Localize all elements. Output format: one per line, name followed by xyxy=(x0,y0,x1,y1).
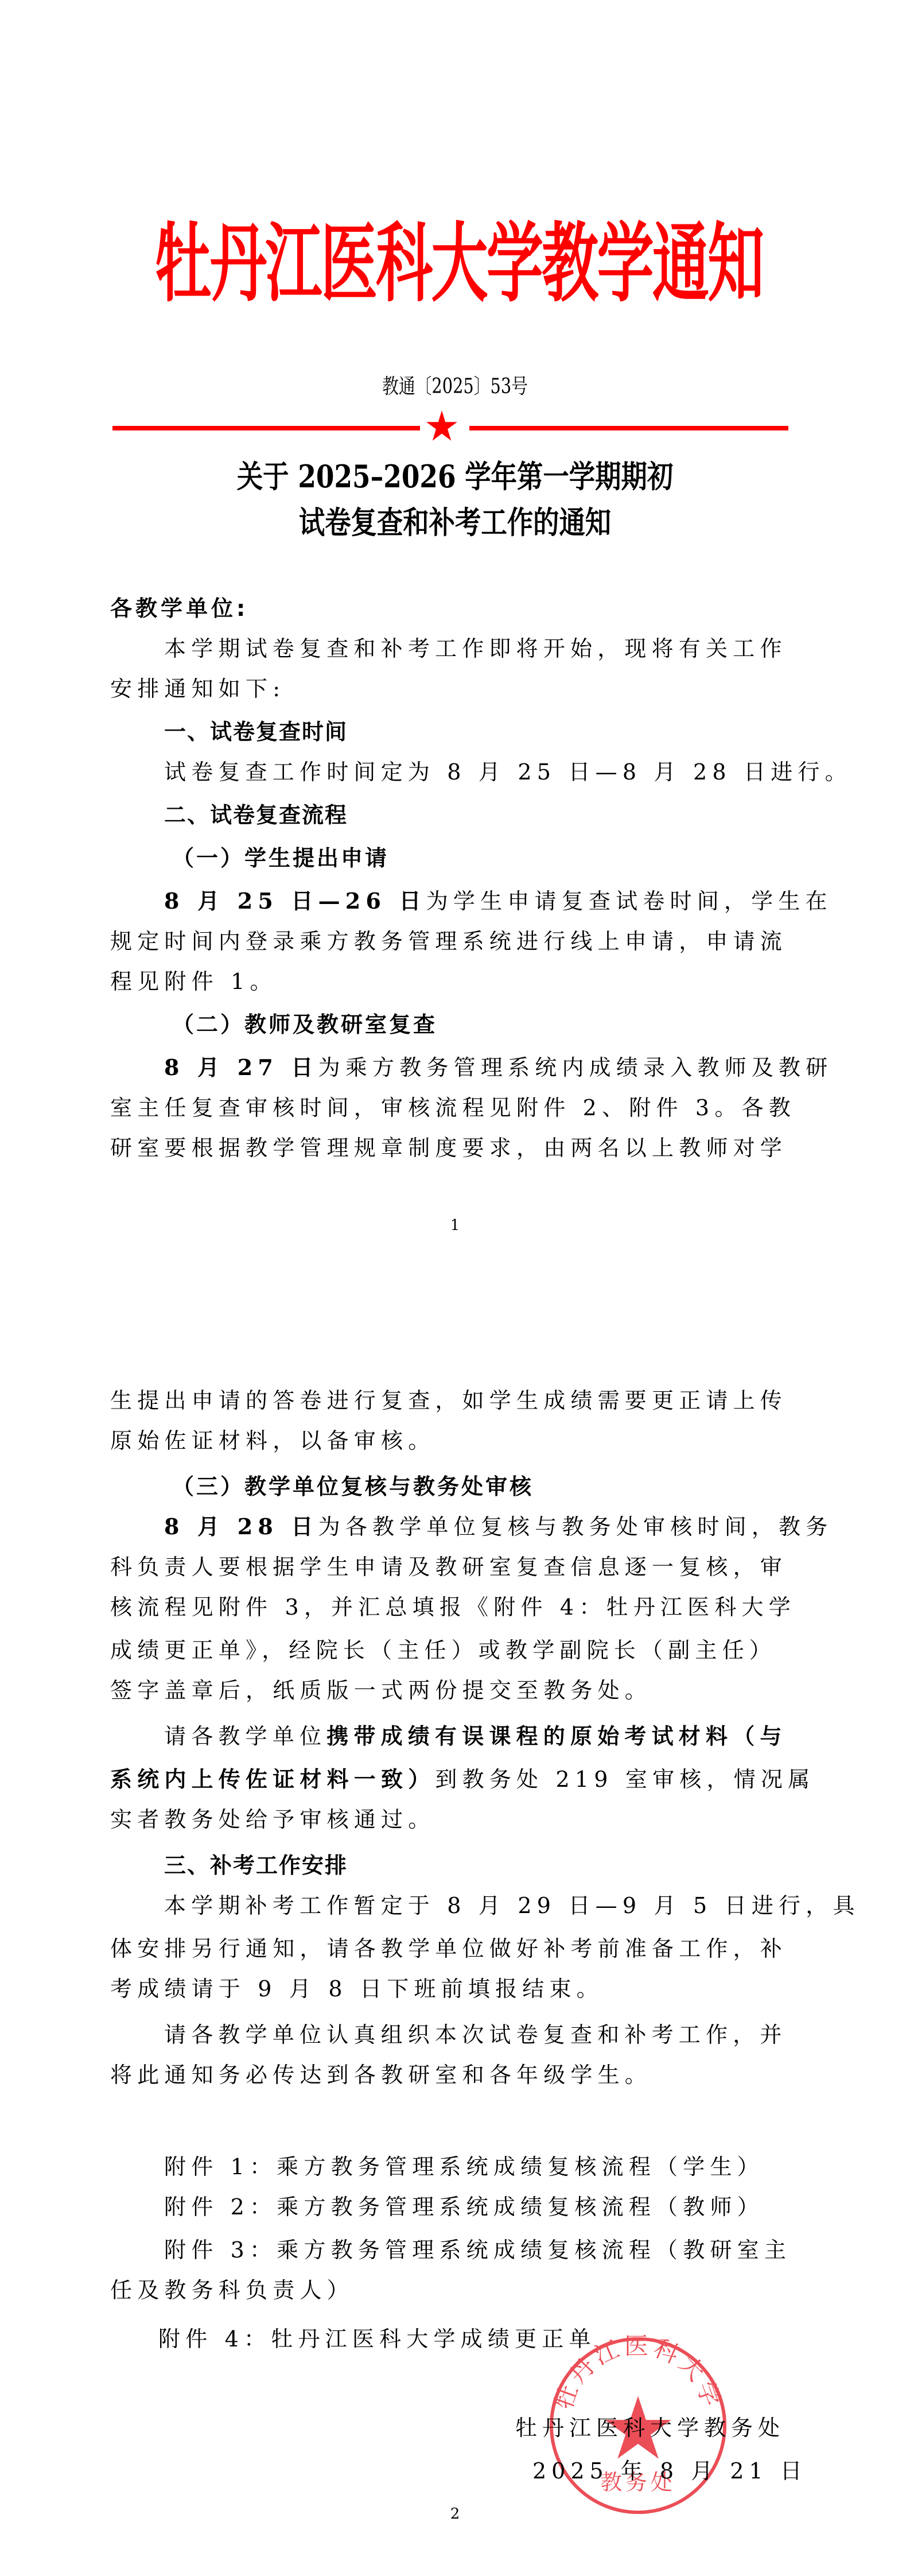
closing-line-2: 将此通知务必传达到各教研室和各年级学生。 xyxy=(110,2061,652,2089)
section-2-sub-1-line-2: 规定时间内登录乘方教务管理系统进行线上申请，申请流 xyxy=(110,928,787,955)
text-run: 请各教学单位 xyxy=(164,1724,326,1749)
section-2-heading: 二、试卷复查流程 xyxy=(164,801,348,829)
page-number-1: 1 xyxy=(0,1217,910,1234)
text-run: 为乘方教务管理系统内成绩录入教师及教研 xyxy=(318,1055,833,1080)
section-2-sub-2-line-1: 8 月 27 日为乘方教务管理系统内成绩录入教师及教研 xyxy=(164,1054,833,1081)
section-2-sub-2-line-5: 原始佐证材料，以备审核。 xyxy=(110,1427,435,1454)
section-2-sub-3-line-4: 成绩更正单》，经院长（主任）或教学副院长（副主任） xyxy=(110,1636,776,1664)
attachment-4: 附件 4：牡丹江医科大学成绩更正单 xyxy=(158,2325,596,2353)
section-2-sub-2-line-3: 研室要根据教学管理规章制度要求，由两名以上教师对学 xyxy=(110,1134,787,1162)
text-run: 为各教学单位复核与教务处审核时间，教务 xyxy=(318,1514,833,1539)
carry-materials-line-1: 请各教学单位携带成绩有误课程的原始考试材料（与 xyxy=(164,1722,787,1750)
section-2-sub-1-line-3: 程见附件 1。 xyxy=(110,968,277,995)
intro-line-1: 本学期试卷复查和补考工作即将开始，现将有关工作 xyxy=(164,635,787,662)
section-2-sub-1-line-1: 8 月 25 日—26 日为学生申请复查试卷时间，学生在 xyxy=(164,887,833,915)
section-1-text: 试卷复查工作时间定为 8 月 25 日—8 月 28 日进行。 xyxy=(164,758,852,786)
text-run: 到教务处 219 室审核，情况属 xyxy=(435,1767,815,1792)
date-range-bold: 8 月 25 日—26 日 xyxy=(164,888,426,914)
carry-materials-line-3: 实者教务处给予审核通过。 xyxy=(110,1806,435,1833)
section-2-sub-3-line-3: 核流程见附件 3，并汇总填报《附件 4：牡丹江医科大学 xyxy=(110,1593,796,1621)
section-2-sub-2-line-2: 室主任复查审核时间，审核流程见附件 2、附件 3。各教 xyxy=(110,1094,796,1122)
section-3-line-3: 考成绩请于 9 月 8 日下班前填报结束。 xyxy=(110,1975,604,2003)
star-icon xyxy=(426,410,458,442)
section-3-heading: 三、补考工作安排 xyxy=(164,1852,348,1879)
date-bold: 8 月 27 日 xyxy=(164,1054,318,1080)
section-3-line-1: 本学期补考工作暂定于 8 月 29 日—9 月 5 日进行，具 xyxy=(164,1892,860,1919)
red-rule-right xyxy=(469,426,788,430)
notice-title-line-1: 关于 2025–2026 学年第一学期期初 xyxy=(73,458,837,495)
closing-line-1: 请各教学单位认真组织本次试卷复查和补考工作，并 xyxy=(164,2021,787,2049)
salutation: 各教学单位: xyxy=(110,595,248,622)
section-2-sub-3-line-2: 科负责人要根据学生申请及教研室复查信息逐一复核，审 xyxy=(110,1553,787,1581)
page-number-2: 2 xyxy=(0,2505,910,2523)
carry-materials-line-2: 系统内上传佐证材料一致）到教务处 219 室审核，情况属 xyxy=(110,1766,815,1793)
section-3-line-2: 体安排另行通知，请各教学单位做好补考前准备工作，补 xyxy=(110,1935,787,1962)
section-2-sub-3-heading: （三）教学单位复核与教务处审核 xyxy=(172,1473,534,1500)
attachment-2: 附件 2：乘方教务管理系统成绩复核流程（教师） xyxy=(164,2193,764,2221)
emphasis-bold: 携带成绩有误课程的原始考试材料（与 xyxy=(326,1723,787,1749)
issuing-office: 牡丹江医科大学教务处 xyxy=(515,2414,785,2442)
masthead-title: 牡丹江医科大学教学通知 xyxy=(155,207,756,321)
document-number: 教通〔2025〕53号 xyxy=(91,374,819,399)
section-2-sub-1-heading: （一）学生提出申请 xyxy=(172,844,389,872)
notice-title-line-2: 试卷复查和补考工作的通知 xyxy=(73,504,837,541)
section-2-sub-3-line-1: 8 月 28 日为各教学单位复核与教务处审核时间，教务 xyxy=(164,1513,833,1541)
text-run: 为学生申请复查试卷时间，学生在 xyxy=(426,889,833,914)
date-bold: 8 月 28 日 xyxy=(164,1514,318,1539)
intro-line-2: 安排通知如下: xyxy=(110,675,285,703)
emphasis-bold: 系统内上传佐证材料一致） xyxy=(110,1766,435,1792)
section-1-heading: 一、试卷复查时间 xyxy=(164,718,348,746)
red-rule-left xyxy=(112,426,420,430)
section-2-sub-2-line-4: 生提出申请的答卷进行复查，如学生成绩需要更正请上传 xyxy=(110,1387,787,1414)
section-2-sub-3-line-5: 签字盖章后，纸质版一式两份提交至教务处。 xyxy=(110,1677,652,1704)
issue-date: 2025 年 8 月 21 日 xyxy=(532,2457,807,2485)
attachment-1: 附件 1：乘方教务管理系统成绩复核流程（学生） xyxy=(164,2153,764,2181)
attachment-3: 附件 3：乘方教务管理系统成绩复核流程（教研室主 xyxy=(164,2236,791,2264)
section-2-sub-2-heading: （二）教师及教研室复查 xyxy=(172,1011,437,1038)
attachment-3-continued: 任及教务科负责人） xyxy=(110,2276,354,2304)
